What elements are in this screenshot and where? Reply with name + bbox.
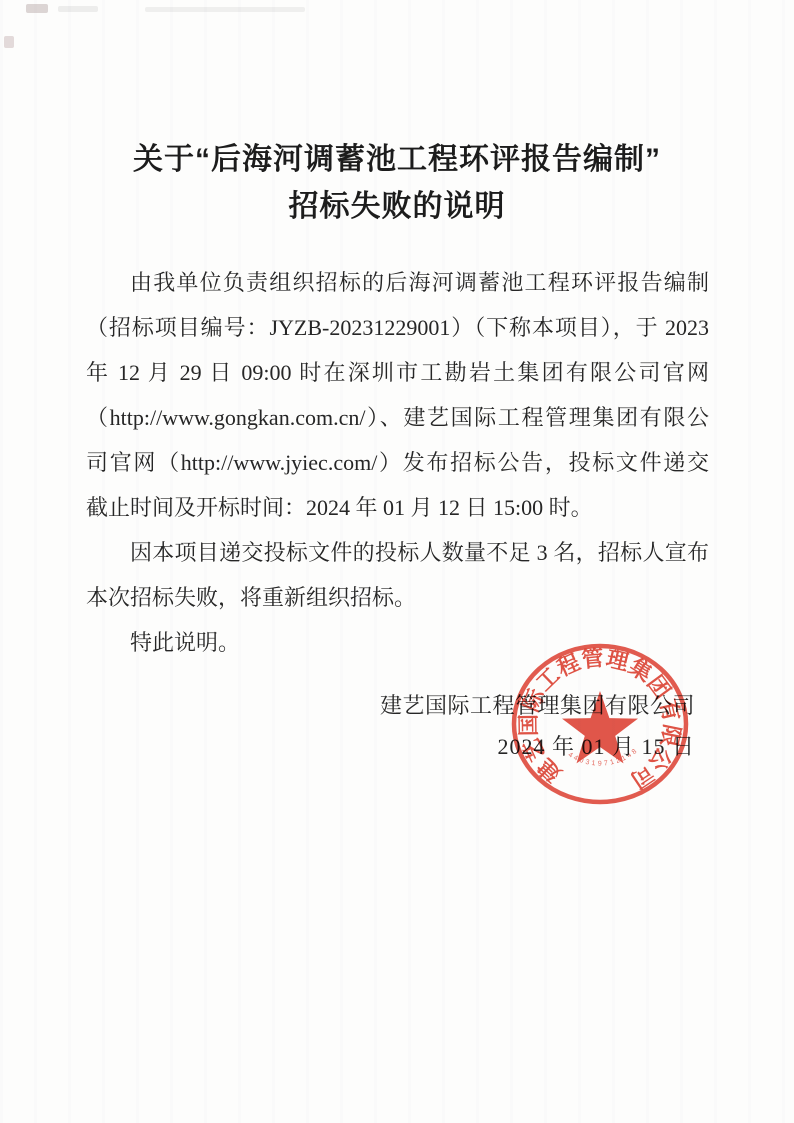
body-line: 特此说明。	[86, 620, 709, 665]
title-line-1: 关于“后海河调蓄池工程环评报告编制”	[0, 136, 794, 183]
scan-artifact	[145, 7, 305, 12]
document-body: 由我单位负责组织招标的后海河调蓄池工程环评报告编制 （招标项目编号：JYZB-2…	[86, 260, 709, 665]
body-line: 年 12 月 29 日 09:00 时在深圳市工勘岩土集团有限公司官网	[86, 350, 709, 395]
body-line: 司官网（http://www.jyiec.com/）发布招标公告，投标文件递交	[86, 440, 709, 485]
scan-artifact	[26, 4, 48, 13]
document-page: 关于“后海河调蓄池工程环评报告编制” 招标失败的说明 由我单位负责组织招标的后海…	[0, 0, 794, 1123]
scan-artifact	[4, 36, 14, 48]
signature-company: 建艺国际工程管理集团有限公司	[380, 689, 695, 720]
body-line: （招标项目编号：JYZB-20231229001）（下称本项目），于 2023	[86, 305, 709, 350]
signature-date: 2024 年 01 月 15 日	[497, 730, 695, 761]
body-line: （http://www.gongkan.com.cn/）、建艺国际工程管理集团有…	[86, 395, 709, 440]
title-line-2: 招标失败的说明	[0, 183, 794, 230]
body-line: 因本项目递交投标文件的投标人数量不足 3 名，招标人宣布	[86, 530, 709, 575]
seal-ring	[514, 646, 686, 802]
document-title: 关于“后海河调蓄池工程环评报告编制” 招标失败的说明	[0, 136, 794, 230]
body-line: 截止时间及开标时间：2024 年 01 月 12 日 15:00 时。	[86, 485, 709, 530]
scan-artifact	[58, 6, 98, 12]
body-line: 本次招标失败，将重新组织招标。	[86, 575, 709, 620]
official-seal: 建艺国际工程管理集团有限公司 4403197121487	[505, 640, 695, 808]
body-line: 由我单位负责组织招标的后海河调蓄池工程环评报告编制	[86, 260, 709, 305]
